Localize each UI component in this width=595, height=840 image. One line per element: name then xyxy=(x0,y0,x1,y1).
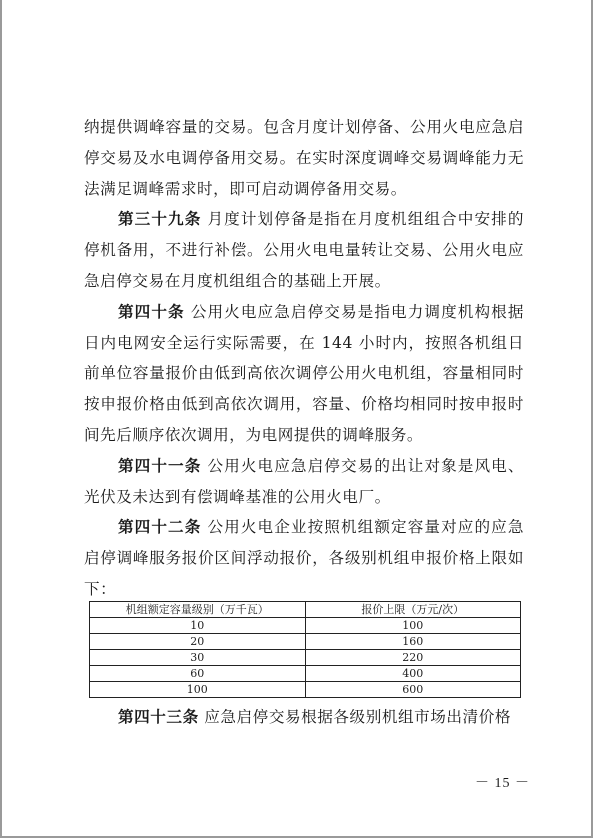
paragraph-text: 公用火电应急启停交易是指电力调度机构根据日内电网安全运行实际需要，在 144 小… xyxy=(84,303,524,444)
paragraph-text: 应急启停交易根据各级别机组市场出清价格 xyxy=(204,708,511,726)
capacity-cell: 20 xyxy=(90,634,306,650)
table-header-row: 机组额定容量级别（万千瓦） 报价上限（万元/次） xyxy=(90,602,521,618)
capacity-cell: 60 xyxy=(90,666,306,682)
capacity-cell: 10 xyxy=(90,618,306,634)
capacity-cell: 30 xyxy=(90,650,306,666)
table-row: 10 100 xyxy=(90,618,521,634)
article-heading: 第四十条 xyxy=(118,303,185,321)
price-cap-cell: 220 xyxy=(305,650,521,666)
article-heading: 第四十一条 xyxy=(118,457,201,475)
table-row: 60 400 xyxy=(90,666,521,682)
price-cap-cell: 600 xyxy=(305,682,521,698)
price-cap-cell: 160 xyxy=(305,634,521,650)
table-row: 20 160 xyxy=(90,634,521,650)
article-39: 第三十九条 月度计划停备是指在月度机组组合中安排的停机备用，不进行补偿。公用火电… xyxy=(84,204,524,296)
article-heading: 第四十二条 xyxy=(118,518,201,536)
article-40: 第四十条 公用火电应急启停交易是指电力调度机构根据日内电网安全运行实际需要，在 … xyxy=(84,297,524,451)
document-body-continued: 第四十三条 应急启停交易根据各级别机组市场出清价格 xyxy=(84,702,524,733)
article-heading: 第三十九条 xyxy=(118,210,201,228)
table-row: 100 600 xyxy=(90,682,521,698)
article-42: 第四十二条 公用火电企业按照机组额定容量对应的应急启停调峰服务报价区间浮动报价，… xyxy=(84,512,524,604)
article-43: 第四十三条 应急启停交易根据各级别机组市场出清价格 xyxy=(84,702,524,733)
paragraph-text: 纳提供调峰容量的交易。包含月度计划停备、公用火电应急启停交易及水电调停备用交易。… xyxy=(84,118,524,198)
article-heading: 第四十三条 xyxy=(118,708,199,726)
capacity-cell: 100 xyxy=(90,682,306,698)
page-number: － 15 － xyxy=(475,772,530,792)
price-cap-cell: 400 xyxy=(305,666,521,682)
paragraph-continuation: 纳提供调峰容量的交易。包含月度计划停备、公用火电应急启停交易及水电调停备用交易。… xyxy=(84,112,524,204)
column-header-price-cap: 报价上限（万元/次） xyxy=(305,602,521,618)
table-row: 30 220 xyxy=(90,650,521,666)
price-cap-cell: 100 xyxy=(305,618,521,634)
article-41: 第四十一条 公用火电应急启停交易的出让对象是风电、光伏及未达到有偿调峰基准的公用… xyxy=(84,451,524,513)
price-cap-table: 机组额定容量级别（万千瓦） 报价上限（万元/次） 10 100 20 160 3… xyxy=(89,601,521,698)
column-header-capacity: 机组额定容量级别（万千瓦） xyxy=(90,602,306,618)
document-body: 纳提供调峰容量的交易。包含月度计划停备、公用火电应急启停交易及水电调停备用交易。… xyxy=(84,112,524,605)
